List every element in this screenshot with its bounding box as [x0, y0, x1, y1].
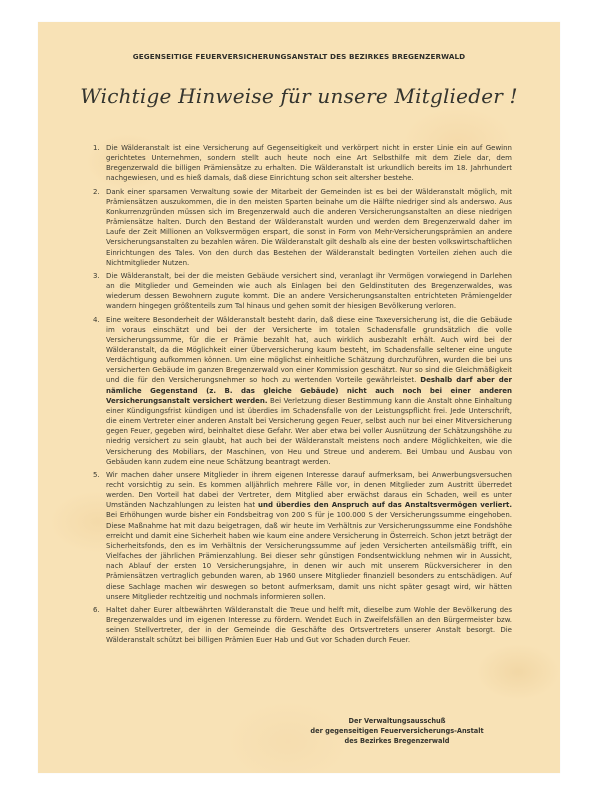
signature-line: der gegenseitigen Feuerversicherungs-Ans… [252, 726, 542, 736]
item-number: 1. [93, 143, 100, 153]
notice-item: 1. Die Wälderanstalt ist eine Versicheru… [95, 143, 512, 184]
notice-item: 4. Eine weitere Besonderheit der Wäldera… [95, 315, 512, 467]
item-text: Die Wälderanstalt, bei der die meisten G… [106, 272, 512, 310]
notice-item: 2. Dank einer sparsamen Verwaltung sowie… [95, 187, 512, 268]
item-number: 4. [93, 315, 100, 325]
item-text: Die Wälderanstalt ist eine Versicherung … [106, 144, 512, 182]
document-page: GEGENSEITIGE FEUERVERSICHERUNGSANSTALT D… [38, 22, 560, 773]
document-title: Wichtige Hinweise für unsere Mitglieder … [38, 84, 560, 108]
item-text: Bei Verletzung dieser Bestimmung kann di… [106, 397, 512, 466]
item-text: Eine weitere Besonderheit der Wälderanst… [106, 316, 512, 385]
item-text-emphasis: und überdies den Anspruch auf das Anstal… [258, 501, 512, 509]
signature-block: Der Verwaltungsausschuß der gegenseitige… [252, 716, 542, 746]
organization-header: GEGENSEITIGE FEUERVERSICHERUNGSANSTALT D… [38, 52, 560, 61]
notice-item: 6. Haltet daher Eurer altbewährten Wälde… [95, 605, 512, 646]
signature-line: Der Verwaltungsausschuß [252, 716, 542, 726]
item-number: 6. [93, 605, 100, 615]
item-number: 2. [93, 187, 100, 197]
item-number: 5. [93, 470, 100, 480]
item-text: Haltet daher Eurer altbewährten Wälderan… [106, 606, 512, 644]
item-text: Dank einer sparsamen Verwaltung sowie de… [106, 188, 512, 267]
notice-item: 5. Wir machen daher unsere Mitglieder in… [95, 470, 512, 602]
signature-line: des Bezirkes Bregenzerwald [252, 736, 542, 746]
item-number: 3. [93, 271, 100, 281]
notice-list: 1. Die Wälderanstalt ist eine Versicheru… [95, 143, 512, 649]
notice-item: 3. Die Wälderanstalt, bei der die meiste… [95, 271, 512, 312]
item-text: Bei Erhöhungen wurde bisher ein Fondsbei… [106, 511, 512, 600]
